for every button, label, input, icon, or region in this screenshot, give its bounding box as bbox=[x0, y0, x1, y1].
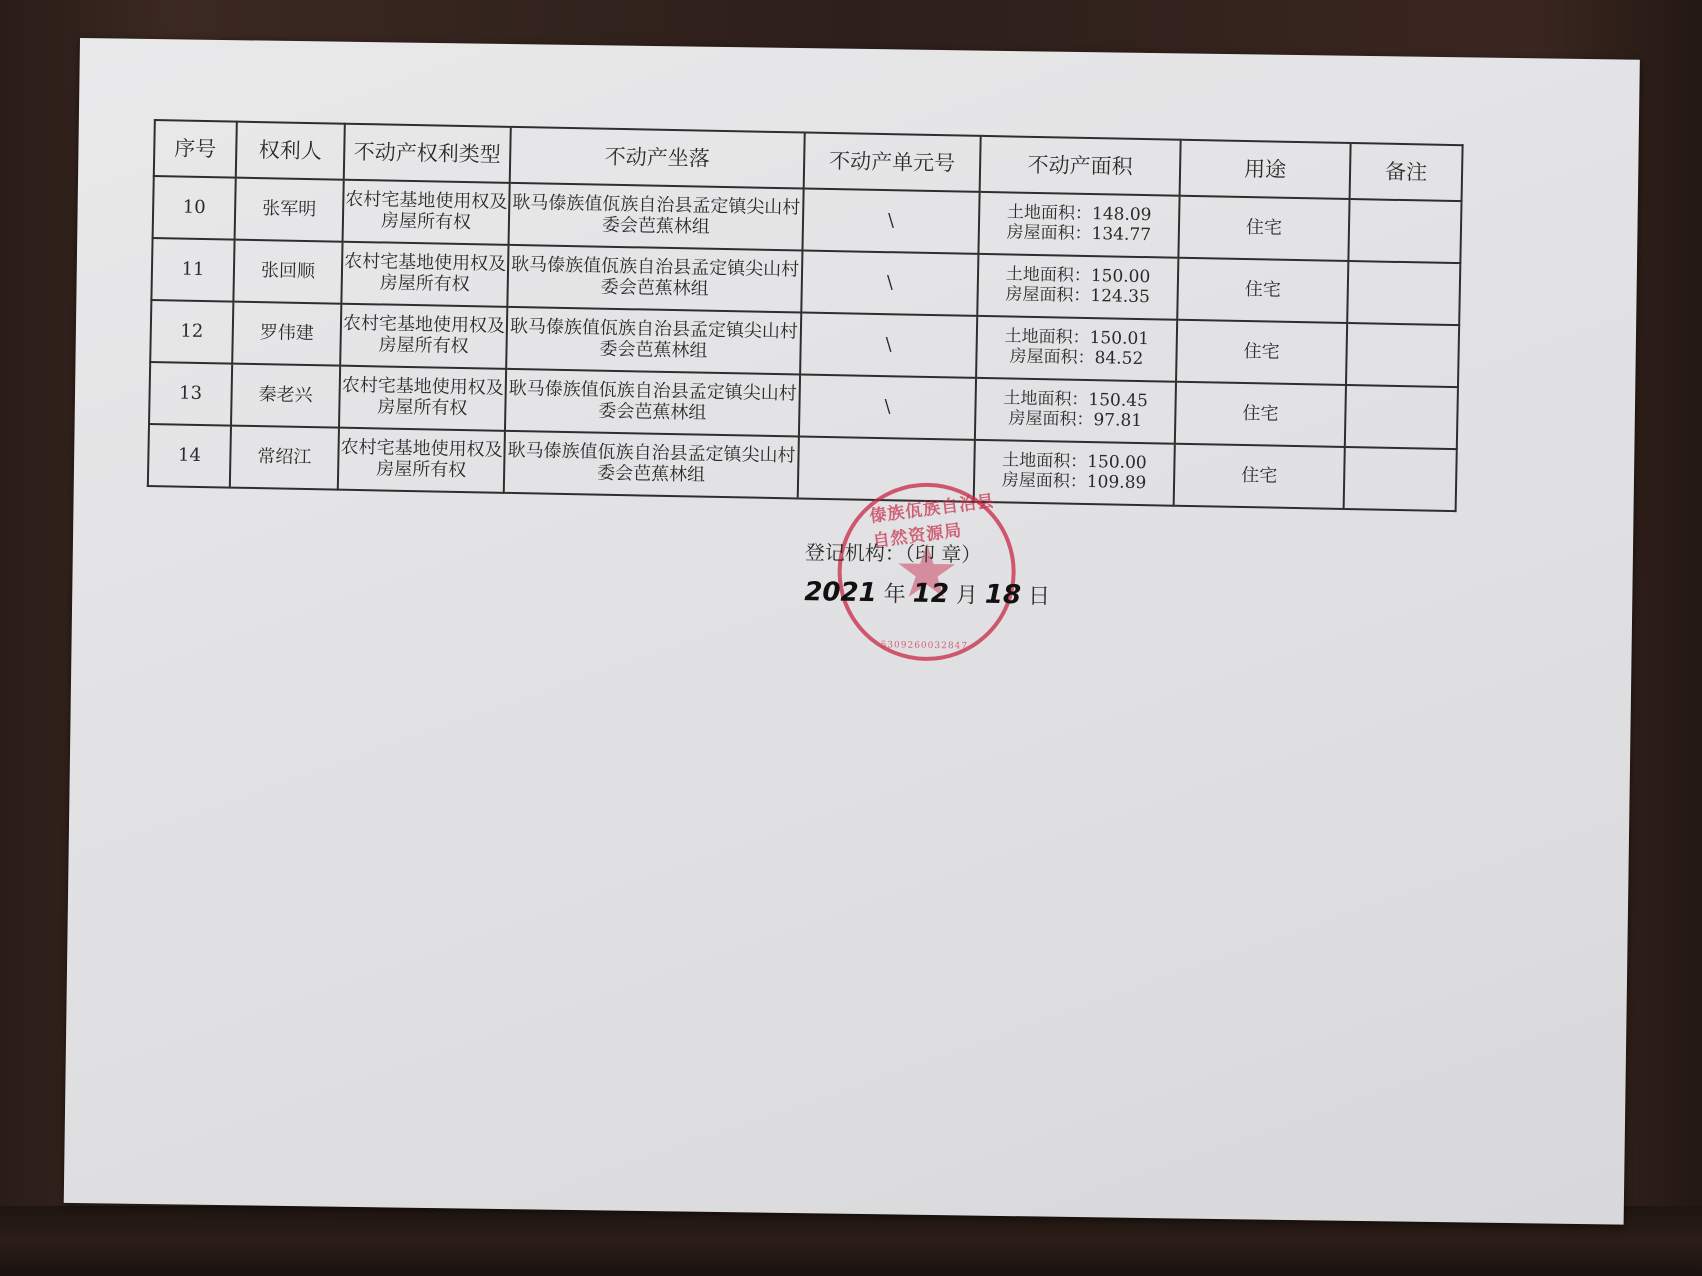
header-use: 用途 bbox=[1180, 140, 1351, 199]
header-owner: 权利人 bbox=[236, 122, 345, 180]
cell-use: 住宅 bbox=[1178, 196, 1349, 261]
header-serial-no: 序号 bbox=[154, 120, 237, 178]
header-location: 不动产坐落 bbox=[510, 127, 805, 189]
cell-note bbox=[1348, 199, 1461, 263]
cell-location: 耿马傣族值佤族自治县孟定镇尖山村委会芭蕉林组 bbox=[506, 307, 801, 375]
cell-serial-no: 13 bbox=[149, 362, 232, 426]
date-month: 12 bbox=[913, 579, 950, 610]
cell-owner: 罗伟建 bbox=[232, 302, 341, 366]
cell-owner: 张回顺 bbox=[233, 240, 342, 304]
cell-owner: 秦老兴 bbox=[231, 364, 340, 428]
cell-use: 住宅 bbox=[1174, 444, 1345, 509]
cell-serial-no: 10 bbox=[153, 176, 236, 240]
cell-note bbox=[1344, 447, 1457, 511]
seal-code: 5309260032847 bbox=[881, 640, 969, 651]
cell-serial-no: 14 bbox=[148, 424, 231, 488]
cell-unit-number: \ bbox=[799, 374, 976, 439]
cell-use: 住宅 bbox=[1175, 382, 1346, 447]
document-page: 序号 权利人 不动产权利类型 不动产坐落 不动产单元号 不动产面积 用途 备注 … bbox=[64, 38, 1640, 1225]
cell-area: 土地面积：150.45房屋面积：97.81 bbox=[975, 378, 1176, 444]
cell-unit-number: \ bbox=[802, 189, 979, 254]
date-year: 2021 bbox=[804, 577, 877, 608]
date-line: 2021 年 12 月 18 日 bbox=[804, 576, 1050, 610]
cell-use: 住宅 bbox=[1177, 258, 1348, 323]
registry-agency-label: 登记机构：（印 章） bbox=[805, 536, 982, 567]
header-note: 备注 bbox=[1350, 143, 1463, 201]
header-right-type: 不动产权利类型 bbox=[344, 124, 511, 183]
cell-use: 住宅 bbox=[1176, 320, 1347, 385]
cell-owner: 常绍江 bbox=[230, 426, 339, 490]
cell-note bbox=[1346, 323, 1459, 387]
house-area: 房屋面积：97.81 bbox=[977, 409, 1173, 432]
date-day-suffix: 日 bbox=[1028, 584, 1050, 609]
cell-location: 耿马傣族值佤族自治县孟定镇尖山村委会芭蕉林组 bbox=[505, 369, 800, 437]
house-area: 房屋面积：84.52 bbox=[978, 347, 1174, 370]
header-unit-number: 不动产单元号 bbox=[804, 133, 981, 192]
cell-right-type: 农村宅基地使用权及房屋所有权 bbox=[340, 304, 507, 369]
cell-right-type: 农村宅基地使用权及房屋所有权 bbox=[339, 366, 506, 431]
cell-right-type: 农村宅基地使用权及房屋所有权 bbox=[338, 428, 505, 493]
cell-area: 土地面积：150.00房屋面积：124.35 bbox=[977, 254, 1178, 320]
cell-area: 土地面积：148.09房屋面积：134.77 bbox=[978, 192, 1179, 258]
cell-serial-no: 12 bbox=[150, 300, 233, 364]
cell-right-type: 农村宅基地使用权及房屋所有权 bbox=[341, 242, 508, 307]
header-area: 不动产面积 bbox=[980, 136, 1181, 196]
cell-note bbox=[1345, 385, 1458, 449]
cell-right-type: 农村宅基地使用权及房屋所有权 bbox=[343, 180, 510, 245]
date-month-suffix: 月 bbox=[956, 583, 978, 608]
cell-note bbox=[1347, 261, 1460, 325]
date-day: 18 bbox=[985, 580, 1022, 611]
cell-location: 耿马傣族值佤族自治县孟定镇尖山村委会芭蕉林组 bbox=[504, 431, 799, 499]
house-area: 房屋面积：124.35 bbox=[979, 285, 1175, 308]
cell-area: 土地面积：150.01房屋面积：84.52 bbox=[976, 316, 1177, 382]
cell-owner: 张军明 bbox=[235, 178, 344, 242]
cell-unit-number: \ bbox=[801, 251, 978, 316]
official-seal: 傣族佤族自治县自然资源局 ★ 5309260032847 bbox=[836, 482, 1016, 662]
date-year-suffix: 年 bbox=[884, 582, 906, 607]
cell-unit-number: \ bbox=[800, 313, 977, 378]
cell-location: 耿马傣族值佤族自治县孟定镇尖山村委会芭蕉林组 bbox=[507, 245, 802, 313]
house-area: 房屋面积：134.77 bbox=[981, 223, 1177, 246]
cell-location: 耿马傣族值佤族自治县孟定镇尖山村委会芭蕉林组 bbox=[509, 183, 804, 251]
cell-serial-no: 11 bbox=[151, 238, 234, 302]
property-registry-table: 序号 权利人 不动产权利类型 不动产坐落 不动产单元号 不动产面积 用途 备注 … bbox=[147, 119, 1464, 512]
